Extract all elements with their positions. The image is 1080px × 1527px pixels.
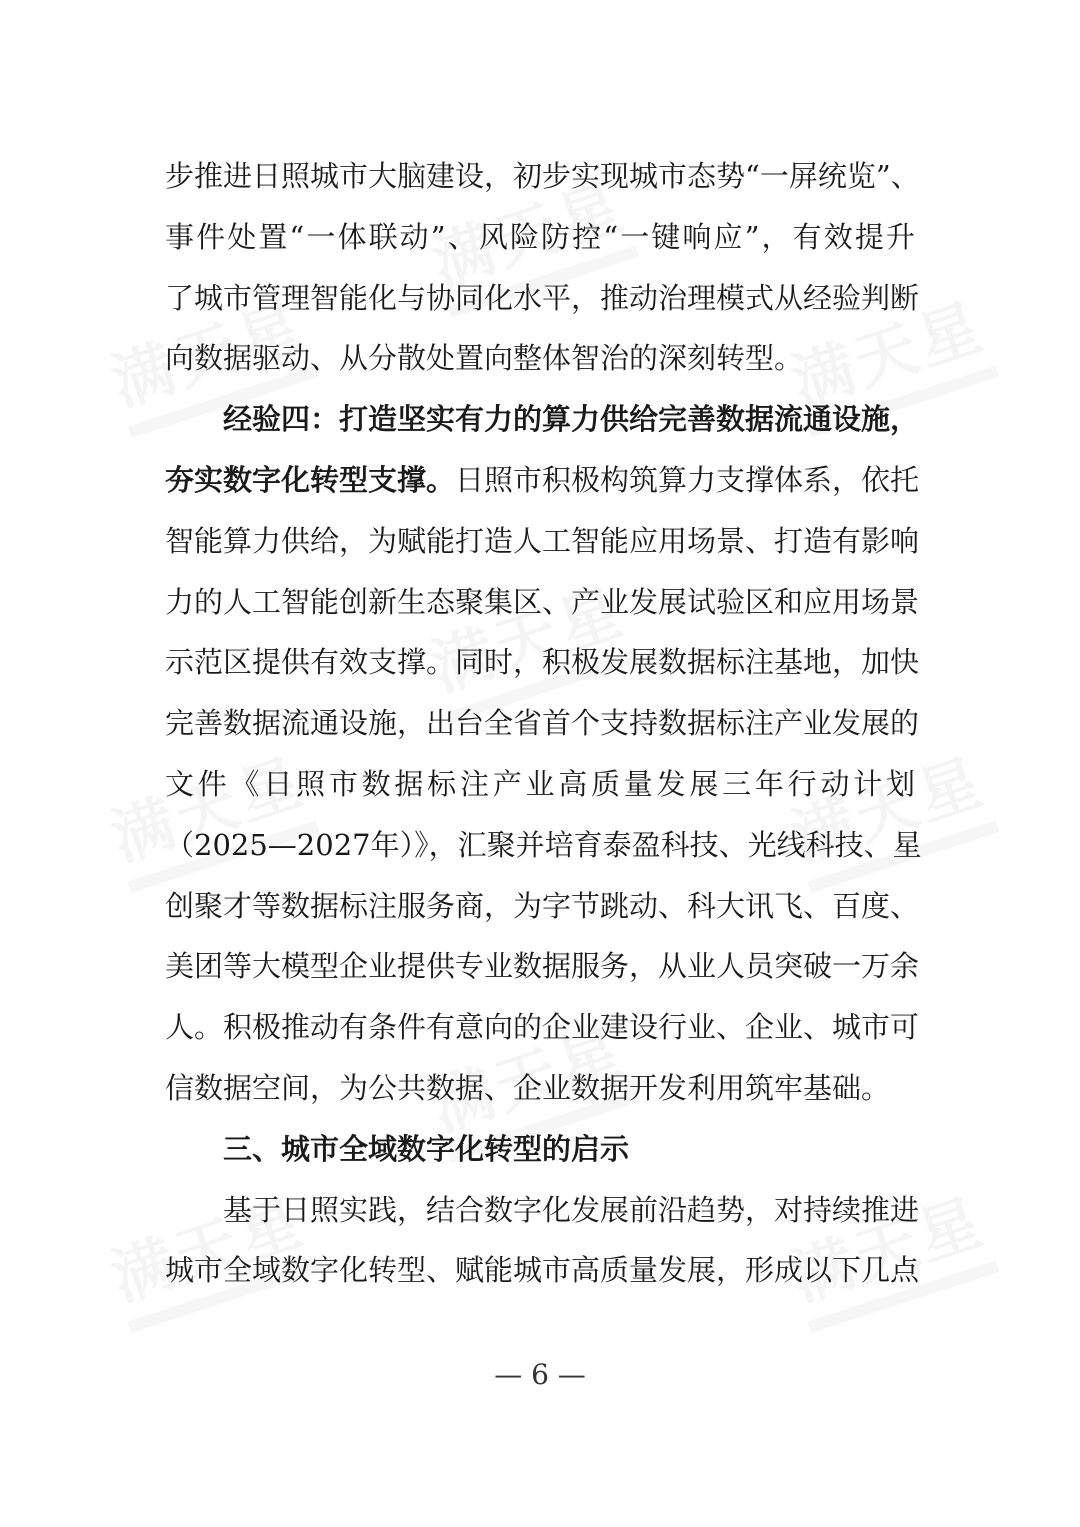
text-line: 力的人工智能创新生态聚集区、产业发展试验区和应用场景: [165, 572, 915, 633]
paragraph-1: 步推进日照城市大脑建设，初步实现城市态势“一屏统览”、 事件处置“一体联动”、风…: [165, 146, 915, 389]
text-line: （2025—2027年）》，汇聚并培育泰盈科技、光线科技、星: [165, 815, 915, 876]
paragraph-3: 基于日照实践，结合数字化发展前沿趋势，对持续推进 城市全域数字化转型、赋能城市高…: [165, 1180, 915, 1302]
text-line: 信数据空间，为公共数据、企业数据开发利用筑牢基础。: [165, 1058, 915, 1119]
body-text: 步推进日照城市大脑建设，初步实现城市态势“一屏统览”、 事件处置“一体联动”、风…: [165, 146, 915, 1301]
text-line: 向数据驱动、从分散处置向整体智治的深刻转型。: [165, 328, 915, 389]
text-line: 智能算力供给，为赋能打造人工智能应用场景、打造有影响: [165, 511, 915, 572]
paragraph-2: 经验四：打造坚实有力的算力供给完善数据流通设施， 夯实数字化转型支撑。日照市积极…: [165, 389, 915, 1119]
bold-lead: 夯实数字化转型支撑。: [165, 463, 455, 497]
page-number: — 6 —: [0, 1358, 1080, 1391]
text-line: 夯实数字化转型支撑。日照市积极构筑算力支撑体系，依托: [165, 450, 915, 511]
document-page: 满天星 满天星 满天星 满天星 满天星 满天星 满天星 满天星 满天星 步推进日…: [0, 0, 1080, 1527]
text-line: 创聚才等数据标注服务商，为字节跳动、科大讯飞、百度、: [165, 876, 915, 937]
text-line: 完善数据流通设施，出台全省首个支持数据标注产业发展的: [165, 693, 915, 754]
text-line: 人。积极推动有条件有意向的企业建设行业、企业、城市可: [165, 997, 915, 1058]
section-heading: 三、城市全域数字化转型的启示: [165, 1119, 915, 1180]
text-line: 基于日照实践，结合数字化发展前沿趋势，对持续推进: [165, 1180, 915, 1241]
text-line: 事件处置“一体联动”、风险防控“一键响应”，有效提升: [165, 207, 915, 268]
text-line: 步推进日照城市大脑建设，初步实现城市态势“一屏统览”、: [165, 146, 915, 207]
text-line: 美团等大模型企业提供专业数据服务，从业人员突破一万余: [165, 936, 915, 997]
text-line: 示范区提供有效支撑。同时，积极发展数据标注基地，加快: [165, 632, 915, 693]
bold-lead-line: 经验四：打造坚实有力的算力供给完善数据流通设施，: [165, 389, 915, 450]
text-span: 日照市积极构筑算力支撑体系，依托: [455, 463, 919, 497]
text-line: 城市全域数字化转型、赋能城市高质量发展，形成以下几点: [165, 1240, 915, 1301]
text-line: 文件《日照市数据标注产业高质量发展三年行动计划: [165, 754, 915, 815]
text-line: 了城市管理智能化与协同化水平，推动治理模式从经验判断: [165, 268, 915, 329]
